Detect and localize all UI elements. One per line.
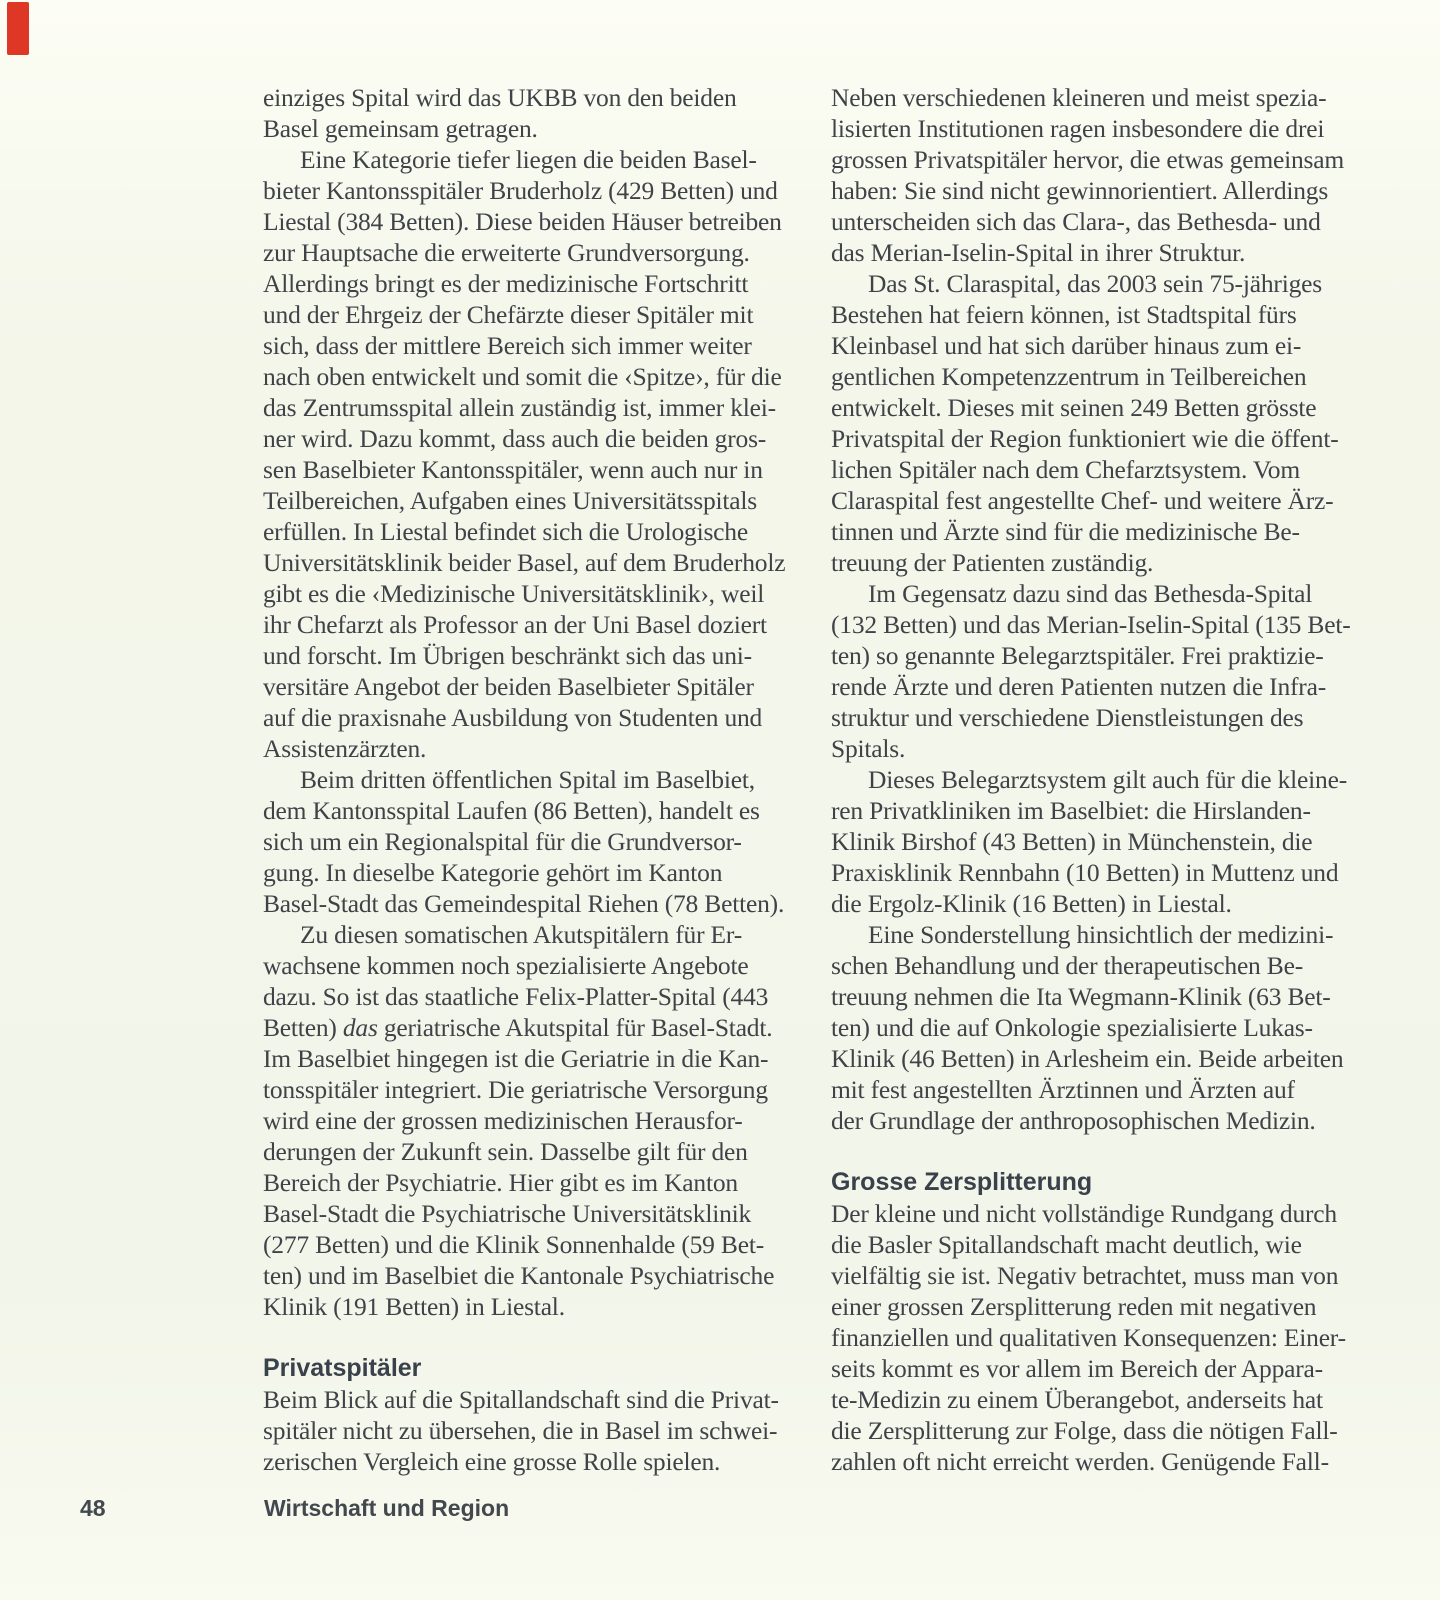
text-line: tonsspitäler integriert. Die geriatrisch… [263, 1074, 828, 1105]
text-line: finanziellen und qualitativen Konsequenz… [831, 1322, 1396, 1353]
section-heading: Privatspitäler [263, 1353, 828, 1384]
text-line: Klinik (191 Betten) in Liestal. [263, 1291, 828, 1322]
text-line: einer grossen Zersplitterung reden mit n… [831, 1291, 1396, 1322]
text-line: und forscht. Im Übrigen beschränkt sich … [263, 640, 828, 671]
text-column-right: Neben verschiedenen kleineren und meist … [831, 82, 1396, 1477]
text-line: Neben verschiedenen kleineren und meist … [831, 82, 1396, 113]
text-line: Beim Blick auf die Spitallandschaft sind… [263, 1384, 828, 1415]
text-line: Liestal (384 Betten). Diese beiden Häuse… [263, 206, 828, 237]
text-line: zahlen oft nicht erreicht werden. Genüge… [831, 1446, 1396, 1477]
text-line: Spitals. [831, 733, 1396, 764]
text-line: das Merian-Iselin-Spital in ihrer Strukt… [831, 237, 1396, 268]
text-line: das Zentrumsspital allein zuständig ist,… [263, 392, 828, 423]
text-line: derungen der Zukunft sein. Dasselbe gilt… [263, 1136, 828, 1167]
text-line: treuung nehmen die Ita Wegmann-Klinik (6… [831, 981, 1396, 1012]
text-line: Bereich der Psychiatrie. Hier gibt es im… [263, 1167, 828, 1198]
text-line: struktur und verschiedene Dienstleistung… [831, 702, 1396, 733]
text-line: einziges Spital wird das UKBB von den be… [263, 82, 828, 113]
text-line: nach oben entwickelt und somit die ‹Spit… [263, 361, 828, 392]
text-line: Privatspital der Region funktioniert wie… [831, 423, 1396, 454]
text-line: zerischen Vergleich eine grosse Rolle sp… [263, 1446, 828, 1477]
text-line: Allerdings bringt es der medizinische Fo… [263, 268, 828, 299]
text-line: dem Kantonsspital Laufen (86 Betten), ha… [263, 795, 828, 826]
text-line: sen Baselbieter Kantonsspitäler, wenn au… [263, 454, 828, 485]
text-line: (132 Betten) und das Merian-Iselin-Spita… [831, 609, 1396, 640]
text-line: Klinik Birshof (43 Betten) in Münchenste… [831, 826, 1396, 857]
text-line: Kleinbasel und hat sich darüber hinaus z… [831, 330, 1396, 361]
text-line: seits kommt es vor allem im Bereich der … [831, 1353, 1396, 1384]
text-line: ten) so genannte Belegarztspitäler. Frei… [831, 640, 1396, 671]
text-line: tinnen und Ärzte sind für die medizinisc… [831, 516, 1396, 547]
page-number: 48 [80, 1494, 106, 1522]
text-line: der Grundlage der anthroposophischen Med… [831, 1105, 1396, 1136]
text-line: mit fest angestellten Ärztinnen und Ärzt… [831, 1074, 1396, 1105]
text-line: und der Ehrgeiz der Chefärzte dieser Spi… [263, 299, 828, 330]
page-footer: 48 Wirtschaft und Region [0, 1494, 1440, 1524]
text-line: bieter Kantonsspitäler Bruderholz (429 B… [263, 175, 828, 206]
text-line: sich um ein Regionalspital für die Grund… [263, 826, 828, 857]
text-column-left: einziges Spital wird das UKBB von den be… [263, 82, 828, 1477]
text-line: erfüllen. In Liestal befindet sich die U… [263, 516, 828, 547]
text-line: Beim dritten öffentlichen Spital im Base… [263, 764, 828, 795]
text-line: treuung der Patienten zuständig. [831, 547, 1396, 578]
text-line: Eine Sonderstellung hinsichtlich der med… [831, 919, 1396, 950]
text-line: Dieses Belegarztsystem gilt auch für die… [831, 764, 1396, 795]
text-line: Praxisklinik Rennbahn (10 Betten) in Mut… [831, 857, 1396, 888]
text-line: ihr Chefarzt als Professor an der Uni Ba… [263, 609, 828, 640]
text-line: ten) und die auf Onkologie spezialisiert… [831, 1012, 1396, 1043]
text-line: Basel-Stadt die Psychiatrische Universit… [263, 1198, 828, 1229]
text-line: Betten) das geriatrische Akutspital für … [263, 1012, 828, 1043]
text-line: te-Medizin zu einem Überangebot, anderse… [831, 1384, 1396, 1415]
text-line: spitäler nicht zu übersehen, die in Base… [263, 1415, 828, 1446]
text-line: Zu diesen somatischen Akutspitälern für … [263, 919, 828, 950]
text-line: ner wird. Dazu kommt, dass auch die beid… [263, 423, 828, 454]
red-corner-mark [7, 2, 29, 55]
text-line: dazu. So ist das staatliche Felix-Platte… [263, 981, 828, 1012]
text-line: entwickelt. Dieses mit seinen 249 Betten… [831, 392, 1396, 423]
text-line: gung. In dieselbe Kategorie gehört im Ka… [263, 857, 828, 888]
text-line: Im Gegensatz dazu sind das Bethesda-Spit… [831, 578, 1396, 609]
text-line: Universitätsklinik beider Basel, auf dem… [263, 547, 828, 578]
section-heading: Grosse Zersplitterung [831, 1167, 1396, 1198]
text-line: grossen Privatspitäler hervor, die etwas… [831, 144, 1396, 175]
text-line: wird eine der grossen medizinischen Hera… [263, 1105, 828, 1136]
text-line: Der kleine und nicht vollständige Rundga… [831, 1198, 1396, 1229]
text-line: Basel-Stadt das Gemeindespital Riehen (7… [263, 888, 828, 919]
text-line: ten) und im Baselbiet die Kantonale Psyc… [263, 1260, 828, 1291]
text-line: Im Baselbiet hingegen ist die Geriatrie … [263, 1043, 828, 1074]
text-line: versitäre Angebot der beiden Baselbieter… [263, 671, 828, 702]
text-line: sich, dass der mittlere Bereich sich imm… [263, 330, 828, 361]
text-line: haben: Sie sind nicht gewinnorientiert. … [831, 175, 1396, 206]
text-line: die Basler Spitallandschaft macht deutli… [831, 1229, 1396, 1260]
text-line: lisierten Institutionen ragen insbesonde… [831, 113, 1396, 144]
text-line: (277 Betten) und die Klinik Sonnenhalde … [263, 1229, 828, 1260]
text-line: zur Hauptsache die erweiterte Grundverso… [263, 237, 828, 268]
text-line: Klinik (46 Betten) in Arlesheim ein. Bei… [831, 1043, 1396, 1074]
text-line: Basel gemeinsam getragen. [263, 113, 828, 144]
text-line: gentlichen Kompetenzzentrum in Teilberei… [831, 361, 1396, 392]
text-line: die Zersplitterung zur Folge, dass die n… [831, 1415, 1396, 1446]
text-line: schen Behandlung und der therapeutischen… [831, 950, 1396, 981]
text-line: unterscheiden sich das Clara-, das Bethe… [831, 206, 1396, 237]
text-line: gibt es die ‹Medizinische Universitätskl… [263, 578, 828, 609]
text-line: Claraspital fest angestellte Chef- und w… [831, 485, 1396, 516]
text-line: Assistenzärzten. [263, 733, 828, 764]
text-line: auf die praxisnahe Ausbildung von Studen… [263, 702, 828, 733]
text-line: Bestehen hat feiern können, ist Stadtspi… [831, 299, 1396, 330]
text-line: lichen Spitäler nach dem Chefarztsystem.… [831, 454, 1396, 485]
text-line: Eine Kategorie tiefer liegen die beiden … [263, 144, 828, 175]
text-line: vielfältig sie ist. Negativ betrachtet, … [831, 1260, 1396, 1291]
text-line: Teilbereichen, Aufgaben eines Universitä… [263, 485, 828, 516]
text-line: wachsene kommen noch spezialisierte Ange… [263, 950, 828, 981]
text-line: Das St. Claraspital, das 2003 sein 75-jä… [831, 268, 1396, 299]
footer-section-title: Wirtschaft und Region [264, 1494, 509, 1522]
book-page: einziges Spital wird das UKBB von den be… [0, 0, 1440, 1600]
text-line: ren Privatkliniken im Baselbiet: die Hir… [831, 795, 1396, 826]
text-line: die Ergolz-Klinik (16 Betten) in Liestal… [831, 888, 1396, 919]
text-line: rende Ärzte und deren Patienten nutzen d… [831, 671, 1396, 702]
